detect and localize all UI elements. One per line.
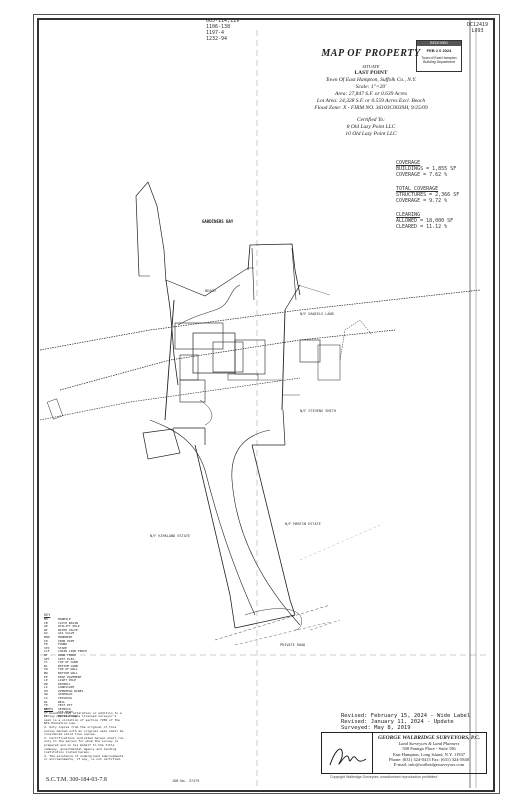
job-number: JOB No. 37479 [172,778,199,784]
note-item: 1. Unauthorized alteration or addition t… [44,712,124,726]
revision-history: Revised: February 15, 2024 - Wide Label … [341,713,470,731]
road-label: PRIVATE ROAD [280,643,305,647]
revision-line: Surveyed: May 8, 2019 [341,725,470,731]
water-label: GARDINERS BAY [202,219,234,224]
signature-icon [322,733,372,773]
adjacent-label: N/F MARTIN ESTATE [285,522,321,526]
beach-label: BEACH [205,289,216,293]
firm-email: E-mail: info@walbridgesurveyors.com [374,762,484,767]
tax-map-number: S.C.T.M. 300-184-03-7.8 [46,777,107,783]
copyright-line: Copyright Walbridge Surveyors; unauthori… [330,775,437,779]
note-item: 3. Certifications indicated hereon shall… [44,737,124,755]
firm-info: GEORGE WALBRIDGE SURVEYORS, P.C. Land Su… [374,735,484,767]
adjacent-label: N/F KIRKLAND ESTATE [150,534,190,538]
surveyor-title-box: GEORGE WALBRIDGE SURVEYORS, P.C. Land Su… [321,732,487,774]
legend: KEY MHMANHOLECBCATCH BASINUPUTILITY POLE… [44,612,104,719]
adjacent-label: N/F STEVENS SMITH [300,409,336,413]
notes: NOTES 1. Unauthorized alteration or addi… [44,708,124,762]
legend-rows: MHMANHOLECBCATCH BASINUPUTILITY POLEWVWA… [44,618,104,719]
adjacent-label: N/F DANIELS LAND [300,312,334,316]
note-item: 4. The existence of underground improvem… [44,755,124,762]
signature-area [322,733,373,773]
